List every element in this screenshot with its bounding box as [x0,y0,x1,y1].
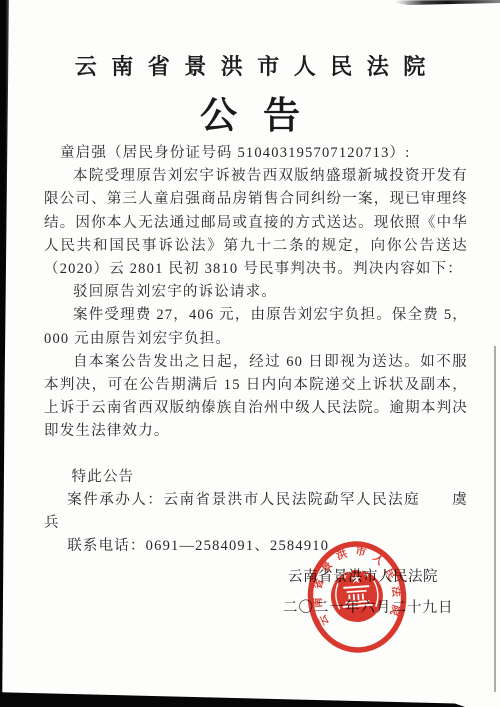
body-paragraph-1: 本院受理原告刘宏宇诉被告西双版纳盛璟新城投资开发有限公司、第三人童启强商品房销售… [44,165,468,281]
notice-title-text: 公告 [200,96,326,137]
court-name-heading: 云南省景洪市人民法院 [0,50,500,81]
scan-artifact-right-line [494,346,496,692]
notice-title: 公告 [0,85,500,139]
court-name-text: 云南省景洪市人民法院 [75,54,440,79]
body-paragraph-3: 案件受理费 27，406 元，由原告刘宏宇负担。保全费 5，000 元由原告刘宏… [44,304,468,350]
scan-artifact-top-smudge [395,0,500,5]
court-seal-stamp: 云南省景洪市人民法院 [302,537,412,658]
closing-line: 特此公告 [44,466,468,489]
seal-national-emblem-icon [329,566,385,623]
addressee-line: 童启强（居民身份证号码 510403195707120713）: [44,142,468,165]
scan-artifact-bottom-edge [0,691,500,707]
notice-body: 童启强（居民身份证号码 510403195707120713）: 本院受理原告刘… [44,142,468,558]
scanned-court-notice-page: 云南省景洪市人民法院 公告 童启强（居民身份证号码 51040319570712… [0,0,500,707]
body-paragraph-2: 驳回原告刘宏宇的诉讼请求。 [44,281,468,304]
case-handler-line: 案件承办人：云南省景洪市人民法院勐罕人民法庭 虞兵 [44,489,468,535]
body-paragraph-4: 自本案公告发出之日起，经过 60 日即视为送达。如不服本判决，可在公告期满后 1… [44,351,468,444]
